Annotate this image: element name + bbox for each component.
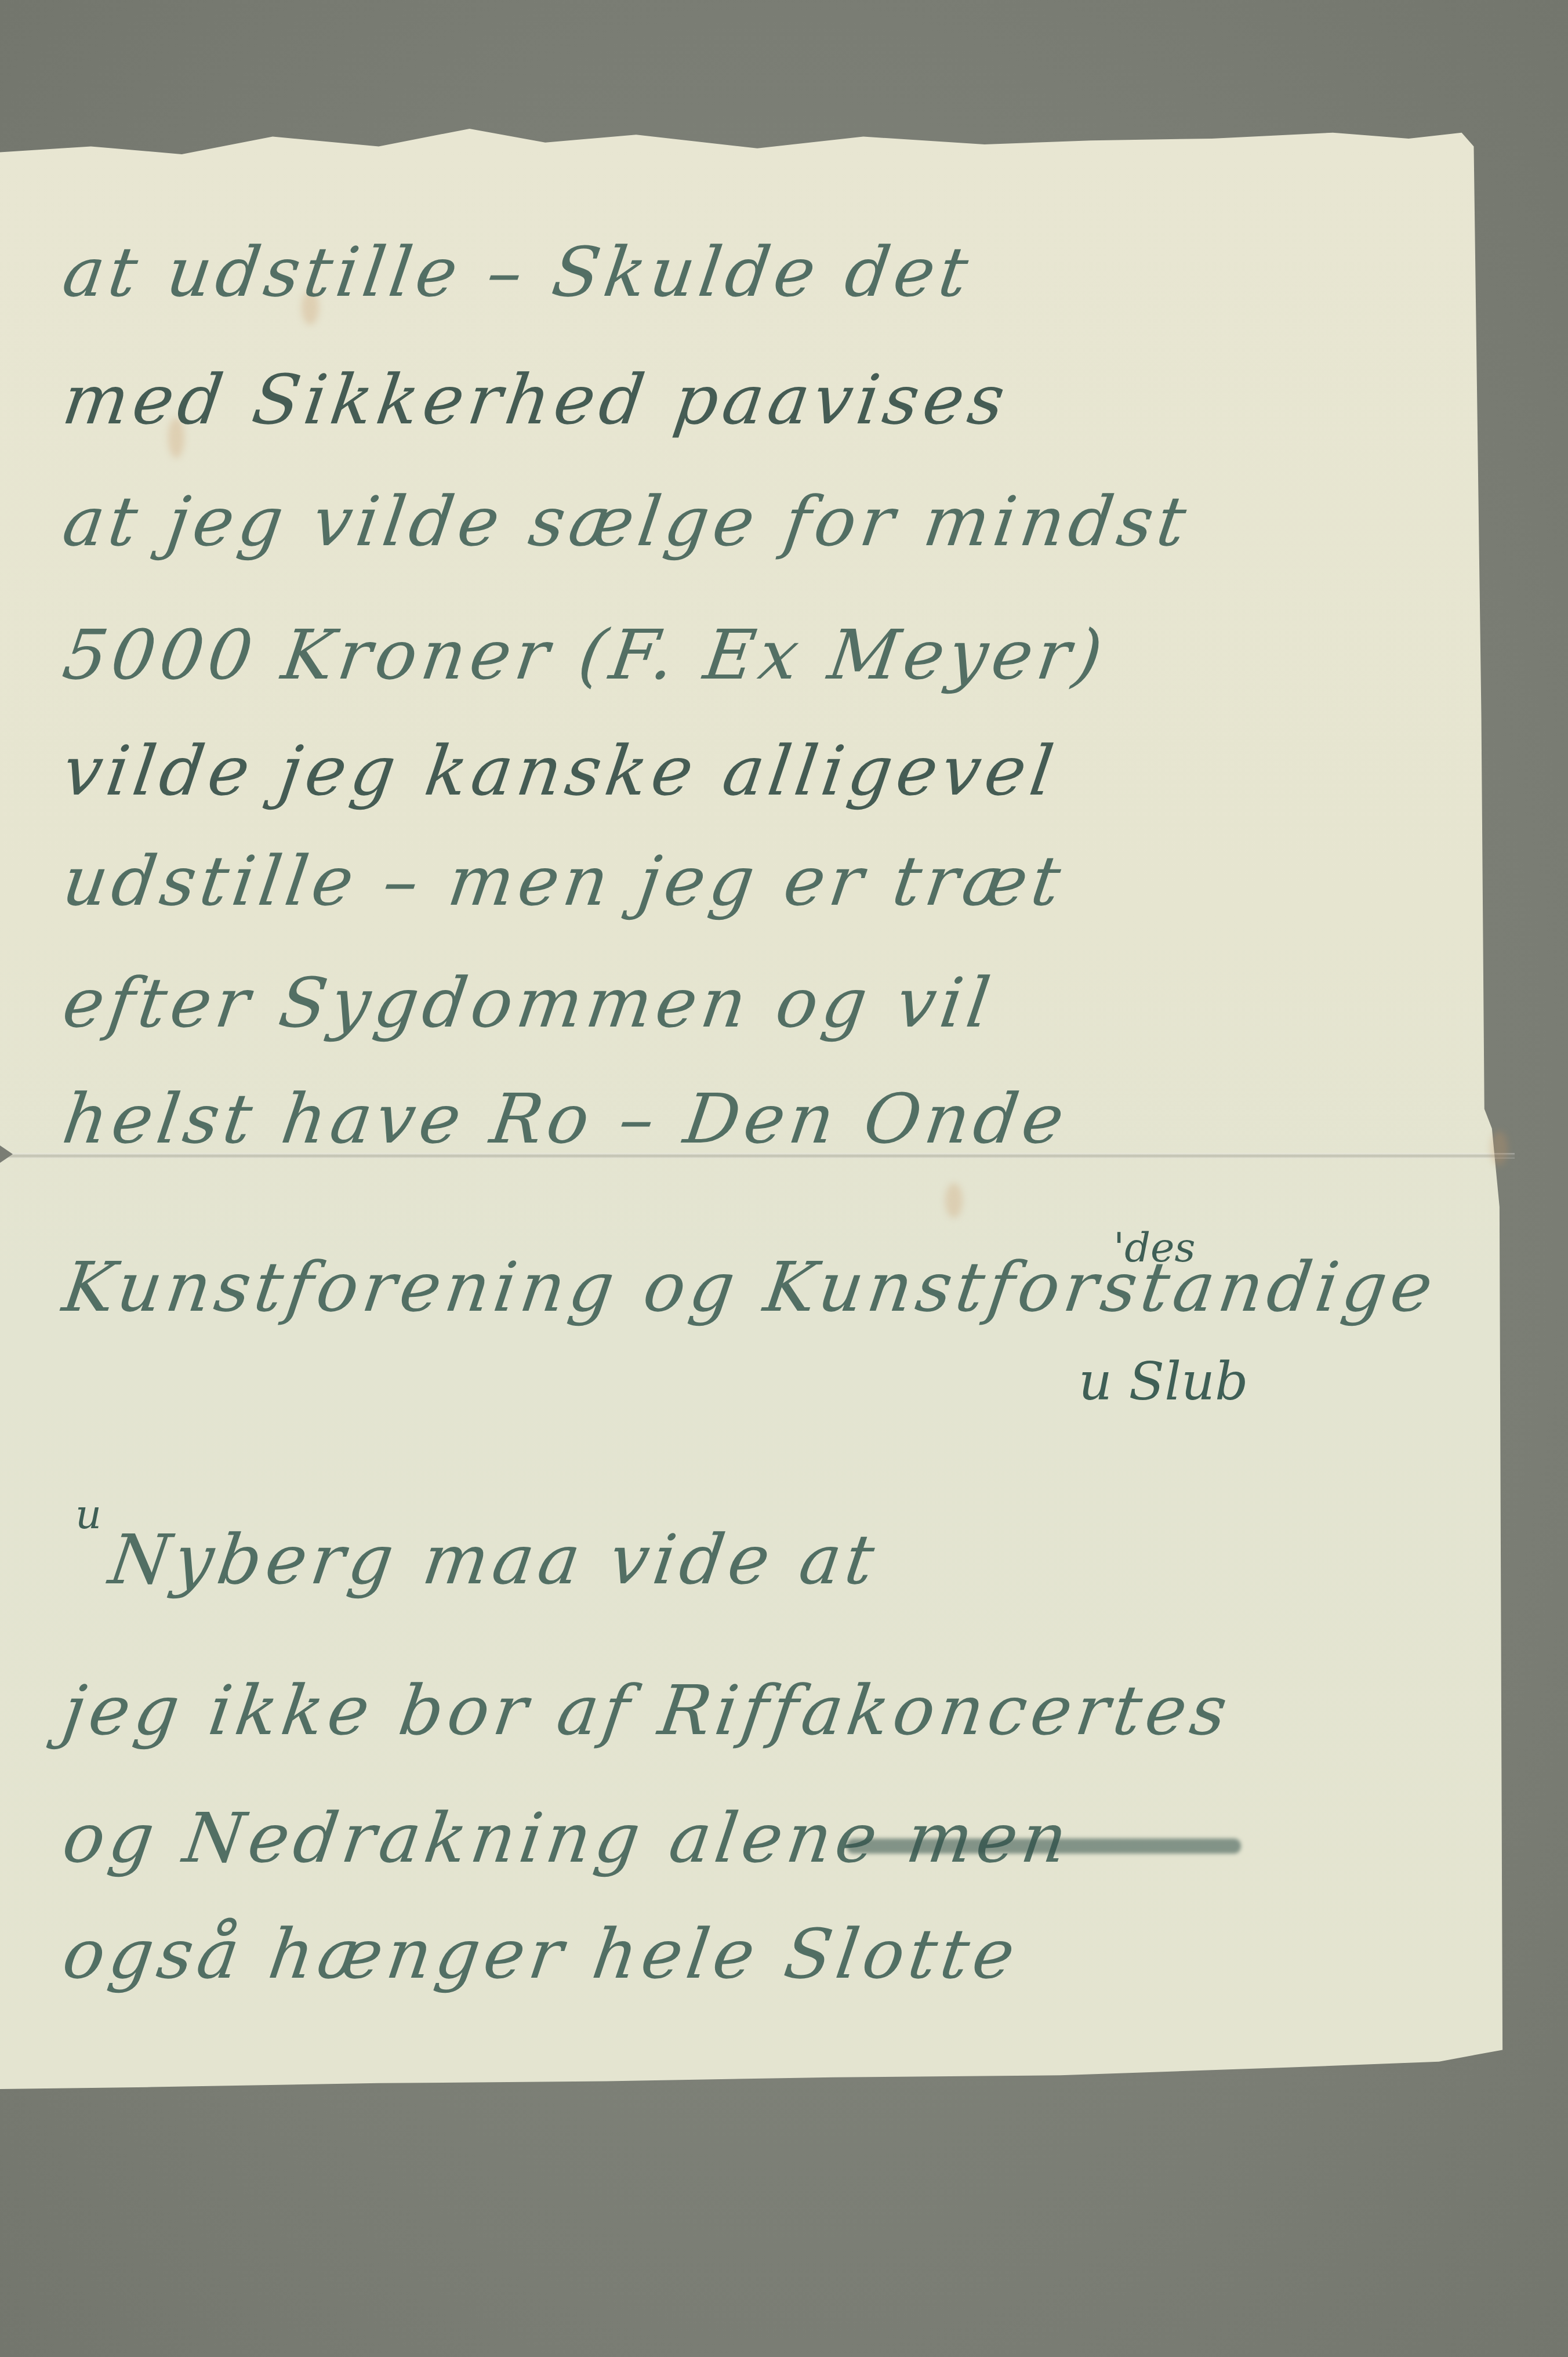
handwritten-line: jeg ikke bor af Riffakoncertes — [58, 1670, 1236, 1750]
handwritten-line: vilde jeg kanske alligevel — [58, 731, 1062, 811]
margin-mark: u — [75, 1491, 101, 1538]
stain — [945, 1183, 963, 1218]
insertion-note: u Slub — [1079, 1351, 1248, 1412]
handwritten-line: også hænger hele Slotte — [58, 1914, 1024, 1994]
handwritten-line: 5000 Kroner (F. Ex Meyer) — [58, 615, 1112, 695]
handwritten-line: Nyberg maa vide at — [104, 1520, 883, 1600]
handwritten-line: Kunstforening og Kunstforstandige — [58, 1247, 1442, 1327]
handwritten-line: at jeg vilde sælge for mindst — [58, 481, 1195, 561]
handwritten-line: udstille – men jeg er træt — [58, 841, 1070, 921]
stain — [1490, 1131, 1508, 1166]
handwritten-line: at udstille – Skulde det — [58, 232, 977, 312]
strikethrough-mark — [847, 1839, 1241, 1854]
handwritten-line: efter Sygdommen og vil — [58, 963, 999, 1043]
handwritten-line: og Nedrakning alene men — [58, 1798, 1076, 1878]
handwritten-line: med Sikkerhed paavises — [58, 360, 1014, 440]
handwritten-line: helst have Ro – Den Onde — [58, 1079, 1073, 1159]
